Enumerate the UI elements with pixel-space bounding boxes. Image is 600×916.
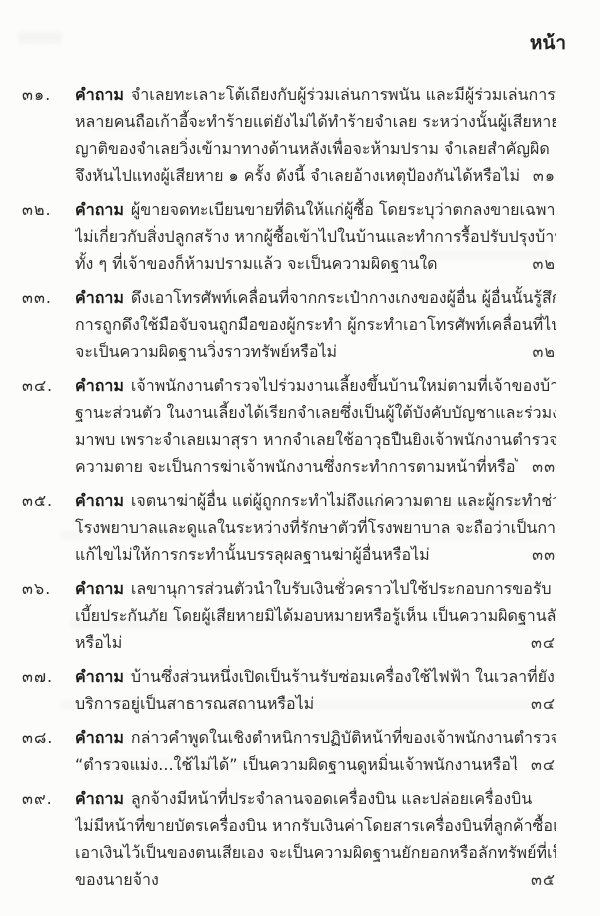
item-line: “ตำรวจแม่ง...ใช้ไม่ได้” เป็นความผิดฐานดู… xyxy=(75,751,556,778)
item-line: คำถามกล่าวคำพูดในเชิงตำหนิการปฏิบัติหน้า… xyxy=(75,724,556,751)
item-line-text: ฐานะส่วนตัว ในงานเลี้ยงได้เรียกจำเลยซึ่ง… xyxy=(75,403,556,422)
question-label: คำถาม xyxy=(75,376,124,395)
question-label: คำถาม xyxy=(75,579,124,598)
question-label: คำถาม xyxy=(75,85,124,104)
item-line-text: การถูกดึงใช้มือจับจนถูกมือของผู้กระทำ ผู… xyxy=(75,315,556,334)
item-number: ๓๔. xyxy=(22,372,75,399)
item-line: ฐานะส่วนตัว ในงานเลี้ยงได้เรียกจำเลยซึ่ง… xyxy=(75,399,556,426)
item-page-number: ๓๓ xyxy=(532,541,556,568)
toc-item: ๓๕. คำถามเจตนาฆ่าผู้อื่น แต่ผู้ถูกกระทำไ… xyxy=(22,487,556,568)
item-body: คำถามกล่าวคำพูดในเชิงตำหนิการปฏิบัติหน้า… xyxy=(75,724,556,778)
item-line: แก้ไขไม่ให้การกระทำนั้นบรรลุผลฐานฆ่าผู้อ… xyxy=(75,541,556,568)
item-line: คำถามบ้านซึ่งส่วนหนึ่งเปิดเป็นร้านรับซ่อ… xyxy=(75,663,556,690)
question-label: คำถาม xyxy=(75,667,124,686)
item-line-text: กล่าวคำพูดในเชิงตำหนิการปฏิบัติหน้าที่ขอ… xyxy=(131,728,556,747)
document-page: หน้า ๓๑. คำถามจำเลยทะเลาะโต้เถียงกับผู้ร… xyxy=(0,0,600,916)
toc-item: ๓๑. คำถามจำเลยทะเลาะโต้เถียงกับผู้ร่วมเล… xyxy=(22,81,556,189)
item-line: บริการอยู่เป็นสาธารณสถานหรือไม่๓๔ xyxy=(75,690,556,717)
item-line-text: ความตาย จะเป็นการฆ่าเจ้าพนักงานซึ่งกระทำ… xyxy=(75,453,518,480)
item-page-number: ๓๔ xyxy=(531,690,556,717)
item-line: ของนายจ้าง๓๕ xyxy=(75,866,556,893)
item-body: คำถามเลขานุการส่วนตัวนำใบรับเงินชั่วคราว… xyxy=(75,575,556,656)
item-page-number: ๓๕ xyxy=(531,866,556,893)
item-line: ความตาย จะเป็นการฆ่าเจ้าพนักงานซึ่งกระทำ… xyxy=(75,453,556,480)
item-line: หรือไม่๓๔ xyxy=(75,629,556,656)
item-line-text: ไม่เกี่ยวกับสิ่งปลูกสร้าง หากผู้ซื้อเข้า… xyxy=(75,227,556,246)
item-page-number: ๓๔ xyxy=(531,751,556,778)
item-line-text: ดึงเอาโทรศัพท์เคลื่อนที่จากกระเป๋ากางเกง… xyxy=(131,288,556,307)
question-label: คำถาม xyxy=(75,728,124,747)
item-line: จึงหันไปแทงผู้เสียหาย ๑ ครั้ง ดังนี้ จำเ… xyxy=(75,162,556,189)
item-line-text: เลขานุการส่วนตัวนำใบรับเงินชั่วคราวไปใช้… xyxy=(131,579,552,598)
item-number: ๓๒. xyxy=(22,196,75,223)
item-line-text: เบี้ยประกันภัย โดยผู้เสียหายมิได้มอบหมาย… xyxy=(75,606,556,625)
item-line: การถูกดึงใช้มือจับจนถูกมือของผู้กระทำ ผู… xyxy=(75,311,556,338)
item-body: คำถามผู้ขายจดทะเบียนขายที่ดินให้แก่ผู้ซื… xyxy=(75,196,556,277)
item-line-text: ผู้ขายจดทะเบียนขายที่ดินให้แก่ผู้ซื้อ โด… xyxy=(131,200,556,219)
item-line-text: จำเลยทะเลาะโต้เถียงกับผู้ร่วมเล่นการพนัน… xyxy=(131,85,556,104)
item-line: ทั้ง ๆ ที่เจ้าของก็ห้ามปรามแล้ว จะเป็นคว… xyxy=(75,250,556,277)
item-line: คำถามดึงเอาโทรศัพท์เคลื่อนที่จากกระเป๋าก… xyxy=(75,284,556,311)
item-page-number: ๓๔ xyxy=(531,629,556,656)
item-line: คำถามเจตนาฆ่าผู้อื่น แต่ผู้ถูกกระทำไม่ถึ… xyxy=(75,487,556,514)
toc-item: ๓๓. คำถามดึงเอาโทรศัพท์เคลื่อนที่จากกระเ… xyxy=(22,284,556,365)
item-line-text: หรือไม่ xyxy=(75,629,122,656)
item-number: ๓๙. xyxy=(22,785,75,812)
item-body: คำถามเจ้าพนักงานตำรวจไปร่วมงานเลี้ยงขึ้น… xyxy=(75,372,556,480)
item-line: คำถามผู้ขายจดทะเบียนขายที่ดินให้แก่ผู้ซื… xyxy=(75,196,556,223)
item-line-text: โรงพยาบาลและดูแลในระหว่างที่รักษาตัวที่โ… xyxy=(75,518,556,537)
toc-item: ๓๙. คำถามลูกจ้างมีหน้าที่ประจำลานจอดเครื… xyxy=(22,785,556,893)
item-line: คำถามลูกจ้างมีหน้าที่ประจำลานจอดเครื่องบ… xyxy=(75,785,556,812)
item-number: ๓๘. xyxy=(22,724,75,751)
item-line: โรงพยาบาลและดูแลในระหว่างที่รักษาตัวที่โ… xyxy=(75,514,556,541)
item-line-text: “ตำรวจแม่ง...ใช้ไม่ได้” เป็นความผิดฐานดู… xyxy=(75,751,517,778)
item-line-text: เจตนาฆ่าผู้อื่น แต่ผู้ถูกกระทำไม่ถึงแก่ค… xyxy=(131,491,556,510)
item-line-text: จึงหันไปแทงผู้เสียหาย ๑ ครั้ง ดังนี้ จำเ… xyxy=(75,162,519,189)
item-line: ไม่เกี่ยวกับสิ่งปลูกสร้าง หากผู้ซื้อเข้า… xyxy=(75,223,556,250)
item-line: ญาติของจำเลยวิ่งเข้ามาทางด้านหลังเพื่อจะ… xyxy=(75,135,556,162)
item-line: คำถามเลขานุการส่วนตัวนำใบรับเงินชั่วคราว… xyxy=(75,575,556,602)
question-label: คำถาม xyxy=(75,491,124,510)
item-body: คำถามดึงเอาโทรศัพท์เคลื่อนที่จากกระเป๋าก… xyxy=(75,284,556,365)
item-line: หลายคนถือเก้าอี้จะทำร้ายแต่ยังไม่ได้ทำร้… xyxy=(75,108,556,135)
item-line: เอาเงินไว้เป็นของตนเสียเอง จะเป็นความผิด… xyxy=(75,839,556,866)
item-line-text: ของนายจ้าง xyxy=(75,866,159,893)
item-body: คำถามลูกจ้างมีหน้าที่ประจำลานจอดเครื่องบ… xyxy=(75,785,556,893)
item-number: ๓๗. xyxy=(22,663,75,690)
item-line-text: เอาเงินไว้เป็นของตนเสียเอง จะเป็นความผิด… xyxy=(75,843,556,862)
item-line-text: บ้านซึ่งส่วนหนึ่งเปิดเป็นร้านรับซ่อมเครื… xyxy=(131,667,556,686)
question-label: คำถาม xyxy=(75,288,124,307)
item-line: คำถามเจ้าพนักงานตำรวจไปร่วมงานเลี้ยงขึ้น… xyxy=(75,372,556,399)
item-line: ไม่มีหน้าที่ขายบัตรเครื่องบิน หากรับเงิน… xyxy=(75,812,556,839)
toc-item: ๓๘. คำถามกล่าวคำพูดในเชิงตำหนิการปฏิบัติ… xyxy=(22,724,556,778)
item-number: ๓๑. xyxy=(22,81,75,108)
item-line-text: แก้ไขไม่ให้การกระทำนั้นบรรลุผลฐานฆ่าผู้อ… xyxy=(75,541,430,568)
item-line-text: หลายคนถือเก้าอี้จะทำร้ายแต่ยังไม่ได้ทำร้… xyxy=(75,112,556,131)
item-page-number: ๓๒ xyxy=(533,338,556,365)
toc-item: ๓๗. คำถามบ้านซึ่งส่วนหนึ่งเปิดเป็นร้านรั… xyxy=(22,663,556,717)
item-line-text: จะเป็นความผิดฐานวิ่งราวทรัพย์หรือไม่ xyxy=(75,338,337,365)
toc-item: ๓๒. คำถามผู้ขายจดทะเบียนขายที่ดินให้แก่ผ… xyxy=(22,196,556,277)
item-page-number: ๓๑ xyxy=(533,162,556,189)
item-line-text: ลูกจ้างมีหน้าที่ประจำลานจอดเครื่องบิน แล… xyxy=(131,789,532,808)
item-number: ๓๕. xyxy=(22,487,75,514)
question-label: คำถาม xyxy=(75,789,124,808)
question-label: คำถาม xyxy=(75,200,124,219)
item-page-number: ๓๒ xyxy=(533,250,556,277)
item-body: คำถามบ้านซึ่งส่วนหนึ่งเปิดเป็นร้านรับซ่อ… xyxy=(75,663,556,717)
toc-item: ๓๔. คำถามเจ้าพนักงานตำรวจไปร่วมงานเลี้ยง… xyxy=(22,372,556,480)
item-line: จะเป็นความผิดฐานวิ่งราวทรัพย์หรือไม่๓๒ xyxy=(75,338,556,365)
toc-list: ๓๑. คำถามจำเลยทะเลาะโต้เถียงกับผู้ร่วมเล… xyxy=(22,81,556,893)
page-column-header: หน้า xyxy=(22,30,566,57)
item-line-text: มาพบ เพราะจำเลยเมาสุรา หากจำเลยใช้อาวุธป… xyxy=(75,430,556,449)
item-body: คำถามจำเลยทะเลาะโต้เถียงกับผู้ร่วมเล่นกา… xyxy=(75,81,556,189)
item-line-text: ญาติของจำเลยวิ่งเข้ามาทางด้านหลังเพื่อจะ… xyxy=(75,139,550,158)
item-line: คำถามจำเลยทะเลาะโต้เถียงกับผู้ร่วมเล่นกา… xyxy=(75,81,556,108)
item-line-text: เจ้าพนักงานตำรวจไปร่วมงานเลี้ยงขึ้นบ้านใ… xyxy=(131,376,556,395)
item-line: มาพบ เพราะจำเลยเมาสุรา หากจำเลยใช้อาวุธป… xyxy=(75,426,556,453)
item-number: ๓๖. xyxy=(22,575,75,602)
item-number: ๓๓. xyxy=(22,284,75,311)
item-line-text: บริการอยู่เป็นสาธารณสถานหรือไม่ xyxy=(75,690,314,717)
item-line-text: ทั้ง ๆ ที่เจ้าของก็ห้ามปรามแล้ว จะเป็นคว… xyxy=(75,250,438,277)
item-line: เบี้ยประกันภัย โดยผู้เสียหายมิได้มอบหมาย… xyxy=(75,602,556,629)
toc-item: ๓๖. คำถามเลขานุการส่วนตัวนำใบรับเงินชั่ว… xyxy=(22,575,556,656)
item-line-text: ไม่มีหน้าที่ขายบัตรเครื่องบิน หากรับเงิน… xyxy=(75,816,556,835)
item-page-number: ๓๓ xyxy=(532,453,556,480)
item-body: คำถามเจตนาฆ่าผู้อื่น แต่ผู้ถูกกระทำไม่ถึ… xyxy=(75,487,556,568)
